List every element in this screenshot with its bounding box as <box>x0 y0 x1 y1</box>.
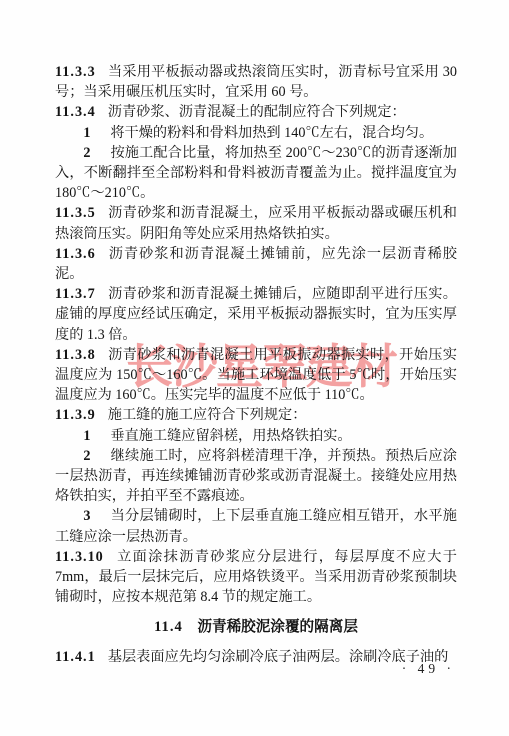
item-number: 1 <box>83 428 90 444</box>
item-number: 2 <box>83 448 90 464</box>
item-number: 1 <box>83 125 90 141</box>
clause-11-3-4: 11.3.4沥青砂浆、沥青混凝土的配制应符合下列规定： <box>55 102 457 122</box>
page-number: · 49 · <box>402 661 455 677</box>
section-heading: 11.4沥青稀胶泥涂覆的隔离层 <box>55 617 457 637</box>
clause-11-3-9: 11.3.9施工缝的施工应符合下列规定： <box>55 405 457 425</box>
item-number: 2 <box>83 145 90 161</box>
document-page: 长沙星翠建材 11.3.3当采用平板振动器或热滚筒压实时，沥青标号宜采用 30 … <box>0 0 509 736</box>
clause-text: 沥青砂浆和沥青混凝土摊铺后，应随即刮平进行压实。虚铺的厚度应经试压确定，采用平板… <box>55 286 457 342</box>
clause-text: 当采用平板振动器或热滚筒压实时，沥青标号宜采用 30 号；当采用碾压机压实时，宜… <box>55 64 457 100</box>
clause-number: 11.3.3 <box>55 64 96 80</box>
text-block: 11.3.3当采用平板振动器或热滚筒压实时，沥青标号宜采用 30 号；当采用碾压… <box>55 62 457 667</box>
clause-number: 11.3.7 <box>55 286 96 302</box>
sub-item-11-3-4-1: 1将干燥的粉料和骨料加热到 140℃左右，混合均匀。 <box>55 123 457 143</box>
clause-number: 11.4.1 <box>55 649 96 665</box>
clause-number: 11.3.8 <box>55 347 96 363</box>
item-text: 垂直施工缝应留斜槎，用热烙铁拍实。 <box>110 428 351 444</box>
clause-number: 11.3.5 <box>55 205 96 221</box>
item-text: 当分层铺砌时，上下层垂直施工缝应相互错开，水平施工缝应涂一层热沥青。 <box>55 508 457 544</box>
clause-11-3-5: 11.3.5沥青砂浆和沥青混凝土，应采用平板振动器或碾压机和热滚筒压实。阴阳角等… <box>55 203 457 243</box>
clause-number: 11.3.10 <box>55 549 104 565</box>
clause-number: 11.3.4 <box>55 104 96 120</box>
section-number: 11.4 <box>154 619 183 635</box>
clause-text: 立面涂抹沥青砂浆应分层进行，每层厚度不应大于 7mm，最后一层抹完后，应用烙铁烫… <box>55 549 457 605</box>
item-number: 3 <box>83 508 90 524</box>
sub-item-11-3-9-1: 1垂直施工缝应留斜槎，用热烙铁拍实。 <box>55 426 457 446</box>
clause-text: 沥青砂浆和沥青混凝土用平板振动器振实时，开始压实温度应为 150℃～160℃。当… <box>55 347 457 403</box>
clause-text: 基层表面应先均匀涂刷冷底子油两层。涂刷冷底子油的 <box>108 649 449 665</box>
clause-number: 11.3.9 <box>55 407 96 423</box>
sub-item-11-3-9-3: 3当分层铺砌时，上下层垂直施工缝应相互错开，水平施工缝应涂一层热沥青。 <box>55 506 457 546</box>
clause-11-3-6: 11.3.6沥青砂浆和沥青混凝土摊铺前，应先涂一层沥青稀胶泥。 <box>55 244 457 284</box>
item-text: 按施工配合比量，将加热至 200℃～230℃的沥青逐渐加入，不断翻拌至全部粉料和… <box>55 145 457 201</box>
clause-text: 沥青砂浆、沥青混凝土的配制应符合下列规定： <box>108 104 406 120</box>
clause-11-3-8: 11.3.8沥青砂浆和沥青混凝土用平板振动器振实时，开始压实温度应为 150℃～… <box>55 345 457 406</box>
clause-number: 11.3.6 <box>55 246 96 262</box>
clause-11-3-7: 11.3.7沥青砂浆和沥青混凝土摊铺后，应随即刮平进行压实。虚铺的厚度应经试压确… <box>55 284 457 345</box>
clause-11-3-3: 11.3.3当采用平板振动器或热滚筒压实时，沥青标号宜采用 30 号；当采用碾压… <box>55 62 457 102</box>
clause-text: 沥青砂浆和沥青混凝土，应采用平板振动器或碾压机和热滚筒压实。阴阳角等处应采用热烙… <box>55 205 457 241</box>
sub-item-11-3-4-2: 2按施工配合比量，将加热至 200℃～230℃的沥青逐渐加入，不断翻拌至全部粉料… <box>55 143 457 204</box>
clause-11-4-1: 11.4.1基层表面应先均匀涂刷冷底子油两层。涂刷冷底子油的 <box>55 647 457 667</box>
section-title: 沥青稀胶泥涂覆的隔离层 <box>197 619 358 635</box>
clause-text: 施工缝的施工应符合下列规定： <box>108 407 307 423</box>
item-text: 将干燥的粉料和骨料加热到 140℃左右，混合均匀。 <box>110 125 433 141</box>
sub-item-11-3-9-2: 2继续施工时，应将斜槎清理干净，并预热。预热后应涂一层热沥青，再连续摊铺沥青砂浆… <box>55 446 457 507</box>
item-text: 继续施工时，应将斜槎清理干净，并预热。预热后应涂一层热沥青，再连续摊铺沥青砂浆或… <box>55 448 457 504</box>
clause-text: 沥青砂浆和沥青混凝土摊铺前，应先涂一层沥青稀胶泥。 <box>55 246 457 282</box>
clause-11-3-10: 11.3.10立面涂抹沥青砂浆应分层进行，每层厚度不应大于 7mm，最后一层抹完… <box>55 547 457 608</box>
